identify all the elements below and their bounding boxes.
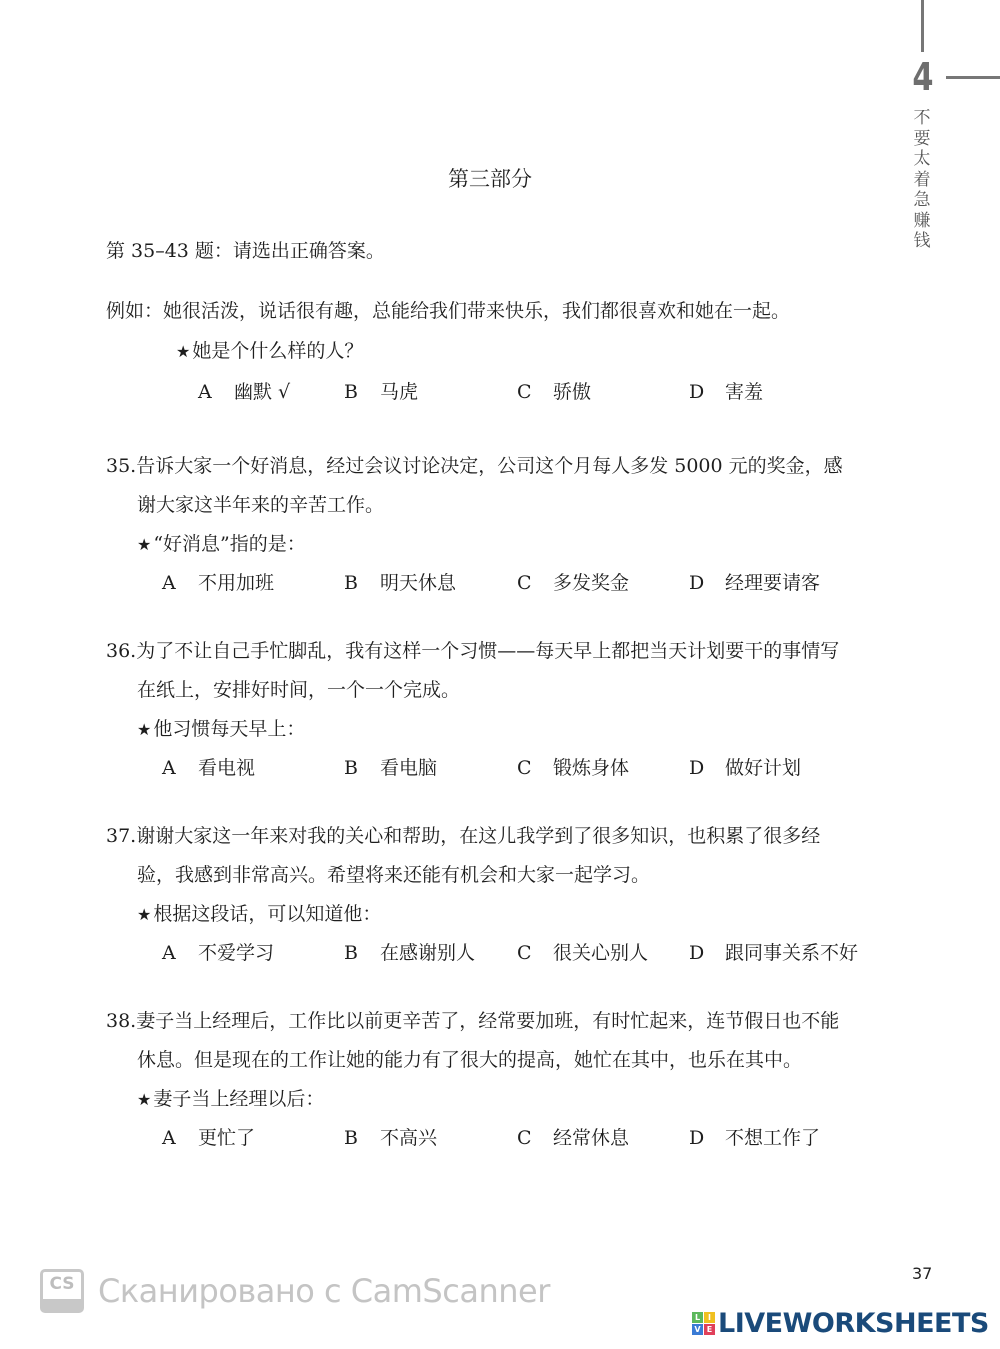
question-35-passage-line2: 谢大家这半年来的辛苦工作。 — [137, 490, 384, 517]
question-38-option-a[interactable]: A更忙了 — [162, 1123, 255, 1150]
question-35-passage-line1: 35.告诉大家一个好消息，经过会议讨论决定，公司这个月每人多发 5000 元的奖… — [106, 451, 843, 478]
live-letter-l: L — [692, 1312, 703, 1323]
option-letter: C — [517, 381, 553, 403]
prompt-text: 根据这段话，可以知道他： — [153, 903, 381, 925]
example-option-a: A幽默 √ — [198, 377, 290, 404]
camscanner-watermark: CS Сканировано с CamScanner — [40, 1269, 550, 1313]
camscanner-label: Сканировано с CamScanner — [98, 1272, 550, 1310]
live-grid-icon: L I V E — [692, 1312, 715, 1335]
question-35-option-d[interactable]: D经理要请客 — [689, 568, 820, 595]
option-text: 看电脑 — [380, 757, 437, 779]
prompt-text: 他习惯每天早上： — [153, 718, 305, 740]
camscanner-logo-text: CS — [43, 1274, 81, 1294]
example-option-b: B马虎 — [344, 377, 418, 404]
question-37-option-c[interactable]: C很关心别人 — [517, 938, 648, 965]
example-question-text: 她是个什么样的人？ — [192, 340, 363, 362]
question-38-passage-line1: 38.妻子当上经理后，工作比以前更辛苦了，经常要加班，有时忙起来，连节假日也不能 — [106, 1006, 839, 1033]
option-text: 幽默 √ — [234, 381, 290, 403]
option-letter: D — [689, 572, 725, 594]
option-text: 不用加班 — [198, 572, 274, 594]
option-letter: D — [689, 757, 725, 779]
example-option-d: D害羞 — [689, 377, 763, 404]
option-letter: A — [162, 757, 198, 779]
liveworksheets-label: LIVEWORKSHEETS — [718, 1308, 989, 1339]
star-icon: ★ — [137, 905, 151, 924]
passage-text: 告诉大家一个好消息，经过会议讨论决定，公司这个月每人多发 5000 元的奖金，感 — [136, 455, 842, 477]
question-38-option-d[interactable]: D不想工作了 — [689, 1123, 820, 1150]
option-text: 更忙了 — [198, 1127, 255, 1149]
prompt-text: “好消息”指的是： — [153, 533, 305, 555]
question-37-option-a[interactable]: A不爱学习 — [162, 938, 274, 965]
question-number: 37. — [106, 825, 136, 847]
option-text: 在感谢别人 — [380, 942, 475, 964]
option-text: 经理要请客 — [725, 572, 820, 594]
option-text: 骄傲 — [553, 381, 591, 403]
question-number: 35. — [106, 455, 136, 477]
example-option-c: C骄傲 — [517, 377, 591, 404]
question-38-prompt: ★妻子当上经理以后： — [137, 1084, 324, 1111]
option-text: 很关心别人 — [553, 942, 648, 964]
option-text: 跟同事关系不好 — [725, 942, 858, 964]
prompt-text: 妻子当上经理以后： — [153, 1088, 324, 1110]
option-text: 马虎 — [380, 381, 418, 403]
example-question: ★她是个什么样的人？ — [176, 336, 363, 363]
chapter-tab-vertical-line — [921, 0, 924, 52]
question-number: 38. — [106, 1010, 136, 1032]
question-38-passage-line2: 休息。但是现在的工作让她的能力有了很大的提高，她忙在其中，也乐在其中。 — [137, 1045, 802, 1072]
question-36-prompt: ★他习惯每天早上： — [137, 714, 305, 741]
question-36-passage-line2: 在纸上，安排好时间，一个一个完成。 — [137, 675, 460, 702]
question-36-option-d[interactable]: D做好计划 — [689, 753, 801, 780]
example-passage-text: 她很活泼，说话很有趣，总能给我们带来快乐，我们都很喜欢和她在一起。 — [163, 300, 790, 322]
option-letter: A — [162, 572, 198, 594]
option-letter: C — [517, 1127, 553, 1149]
liveworksheets-logo[interactable]: L I V E LIVEWORKSHEETS — [692, 1308, 989, 1339]
option-text: 锻炼身体 — [553, 757, 629, 779]
option-letter: C — [517, 572, 553, 594]
option-text: 不高兴 — [380, 1127, 437, 1149]
question-38-option-b[interactable]: B不高兴 — [344, 1123, 437, 1150]
option-text: 不想工作了 — [725, 1127, 820, 1149]
question-36-option-c[interactable]: C锻炼身体 — [517, 753, 629, 780]
passage-text: 妻子当上经理后，工作比以前更辛苦了，经常要加班，有时忙起来，连节假日也不能 — [136, 1010, 839, 1032]
live-letter-i: I — [704, 1312, 715, 1323]
camscanner-logo-bar — [43, 1299, 81, 1310]
star-icon: ★ — [137, 1090, 151, 1109]
passage-text: 谢谢大家这一年来对我的关心和帮助，在这儿我学到了很多知识，也积累了很多经 — [136, 825, 820, 847]
option-letter: B — [344, 757, 380, 779]
section-title: 第三部分 — [0, 163, 980, 193]
option-text: 明天休息 — [380, 572, 456, 594]
option-letter: A — [162, 942, 198, 964]
option-letter: D — [689, 381, 725, 403]
option-text: 经常休息 — [553, 1127, 629, 1149]
example-passage: 例如：她很活泼，说话很有趣，总能给我们带来快乐，我们都很喜欢和她在一起。 — [106, 296, 790, 323]
option-text: 做好计划 — [725, 757, 801, 779]
question-37-option-d[interactable]: D跟同事关系不好 — [689, 938, 858, 965]
question-37-passage-line2: 验，我感到非常高兴。希望将来还能有机会和大家一起学习。 — [137, 860, 650, 887]
option-letter: A — [162, 1127, 198, 1149]
question-36-option-a[interactable]: A看电视 — [162, 753, 255, 780]
option-letter: B — [344, 572, 380, 594]
example-prefix: 例如： — [106, 300, 163, 322]
chapter-tab-horizontal-line — [946, 76, 1000, 79]
option-letter: D — [689, 1127, 725, 1149]
question-number: 36. — [106, 640, 136, 662]
option-text: 看电视 — [198, 757, 255, 779]
instructions: 第 35–43 题：请选出正确答案。 — [106, 236, 385, 263]
question-36-option-b[interactable]: B看电脑 — [344, 753, 437, 780]
option-letter: D — [689, 942, 725, 964]
question-37-option-b[interactable]: B在感谢别人 — [344, 938, 475, 965]
page-number: 37 — [912, 1264, 932, 1283]
star-icon: ★ — [137, 720, 151, 739]
question-38-option-c[interactable]: C经常休息 — [517, 1123, 629, 1150]
option-letter: B — [344, 1127, 380, 1149]
live-letter-e: E — [704, 1324, 715, 1335]
live-letter-v: V — [692, 1324, 703, 1335]
question-36-passage-line1: 36.为了不让自己手忙脚乱，我有这样一个习惯——每天早上都把当天计划要干的事情写 — [106, 636, 839, 663]
question-37-passage-line1: 37.谢谢大家这一年来对我的关心和帮助，在这儿我学到了很多知识，也积累了很多经 — [106, 821, 820, 848]
camscanner-logo-icon: CS — [40, 1269, 84, 1313]
question-35-option-a[interactable]: A不用加班 — [162, 568, 274, 595]
option-letter: B — [344, 942, 380, 964]
option-letter: C — [517, 942, 553, 964]
chapter-number: 4 — [911, 55, 935, 99]
question-37-prompt: ★根据这段话，可以知道他： — [137, 899, 381, 926]
question-35-prompt: ★“好消息”指的是： — [137, 529, 306, 556]
option-letter: B — [344, 381, 380, 403]
option-text: 多发奖金 — [553, 572, 629, 594]
option-text: 害羞 — [725, 381, 763, 403]
passage-text: 为了不让自己手忙脚乱，我有这样一个习惯——每天早上都把当天计划要干的事情写 — [136, 640, 839, 662]
option-letter: C — [517, 757, 553, 779]
star-icon: ★ — [137, 535, 151, 554]
question-35-option-c[interactable]: C多发奖金 — [517, 568, 629, 595]
option-text: 不爱学习 — [198, 942, 274, 964]
question-35-option-b[interactable]: B明天休息 — [344, 568, 456, 595]
option-letter: A — [198, 381, 234, 403]
star-icon: ★ — [176, 342, 190, 361]
